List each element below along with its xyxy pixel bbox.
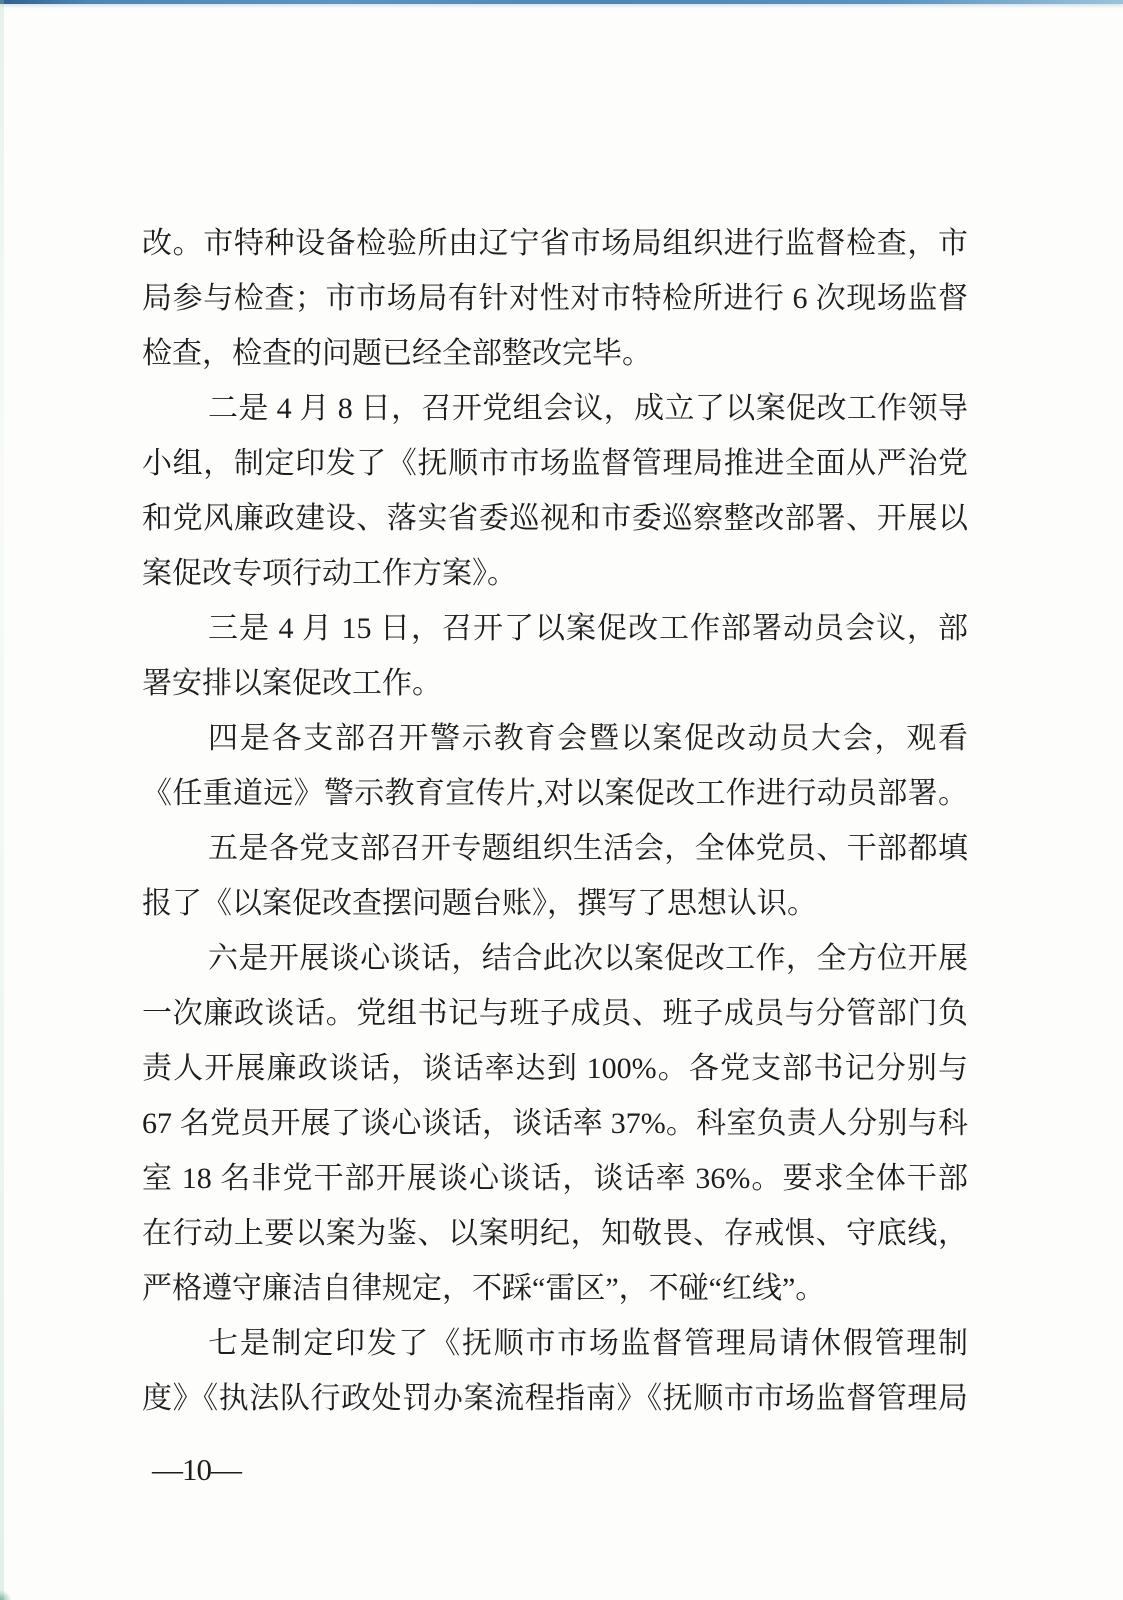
text-line: 案促改专项行动工作方案》。 xyxy=(142,546,968,601)
text-line: 署安排以案促改工作。 xyxy=(142,656,968,711)
text-line: 七是制定印发了《抚顺市市场监督管理局请休假管理制 xyxy=(142,1316,968,1371)
scanned-document-page: { "doc": { "lines": [ {"text": "改。市特种设备检… xyxy=(0,0,1123,1600)
text-line: 《任重道远》警示教育宣传片,对以案促改工作进行动员部署。 xyxy=(142,766,968,821)
text-line: 在行动上要以案为鉴、以案明纪，知敬畏、存戒惧、守底线， xyxy=(142,1206,968,1261)
text-line: 局参与检查；市市场局有针对性对市特检所进行 6 次现场监督 xyxy=(142,271,968,326)
text-line: 责人开展廉政谈话，谈话率达到 100%。各党支部书记分别与 xyxy=(142,1041,968,1096)
text-line: 四是各支部召开警示教育会暨以案促改动员大会，观看 xyxy=(142,711,968,766)
text-line: 五是各党支部召开专题组织生活会，全体党员、干部都填 xyxy=(142,821,968,876)
page-number: —10— xyxy=(152,1450,241,1490)
text-line: 改。市特种设备检验所由辽宁省市场局组织进行监督检查，市 xyxy=(142,216,968,271)
text-line: 小组，制定印发了《抚顺市市场监督管理局推进全面从严治党 xyxy=(142,436,968,491)
text-line: 一次廉政谈话。党组书记与班子成员、班子成员与分管部门负 xyxy=(142,986,968,1041)
text-line: 二是 4 月 8 日，召开党组会议，成立了以案促改工作领导 xyxy=(142,381,968,436)
text-line: 严格遵守廉洁自律规定，不踩“雷区”，不碰“红线”。 xyxy=(142,1261,968,1316)
text-line: 和党风廉政建设、落实省委巡视和市委巡察整改部署、开展以 xyxy=(142,491,968,546)
scan-corner-artifact xyxy=(0,1590,12,1600)
text-line: 报了《以案促改查摆问题台账》，撰写了思想认识。 xyxy=(142,876,968,931)
text-line: 三是 4 月 15 日，召开了以案促改工作部署动员会议，部 xyxy=(142,601,968,656)
document-body: 改。市特种设备检验所由辽宁省市场局组织进行监督检查，市局参与检查；市市场局有针对… xyxy=(142,216,968,1426)
scan-top-edge-line xyxy=(0,0,1123,4)
text-line: 六是开展谈心谈话，结合此次以案促改工作，全方位开展 xyxy=(142,931,968,986)
text-line: 67 名党员开展了谈心谈话，谈话率 37%。科室负责人分别与科 xyxy=(142,1096,968,1151)
text-line: 度》《执法队行政处罚办案流程指南》《抚顺市市场监督管理局 xyxy=(142,1371,968,1426)
text-line: 检查，检查的问题已经全部整改完毕。 xyxy=(142,326,968,381)
text-line: 室 18 名非党干部开展谈心谈话，谈话率 36%。要求全体干部 xyxy=(142,1151,968,1206)
scan-left-edge-tint xyxy=(0,0,4,1600)
